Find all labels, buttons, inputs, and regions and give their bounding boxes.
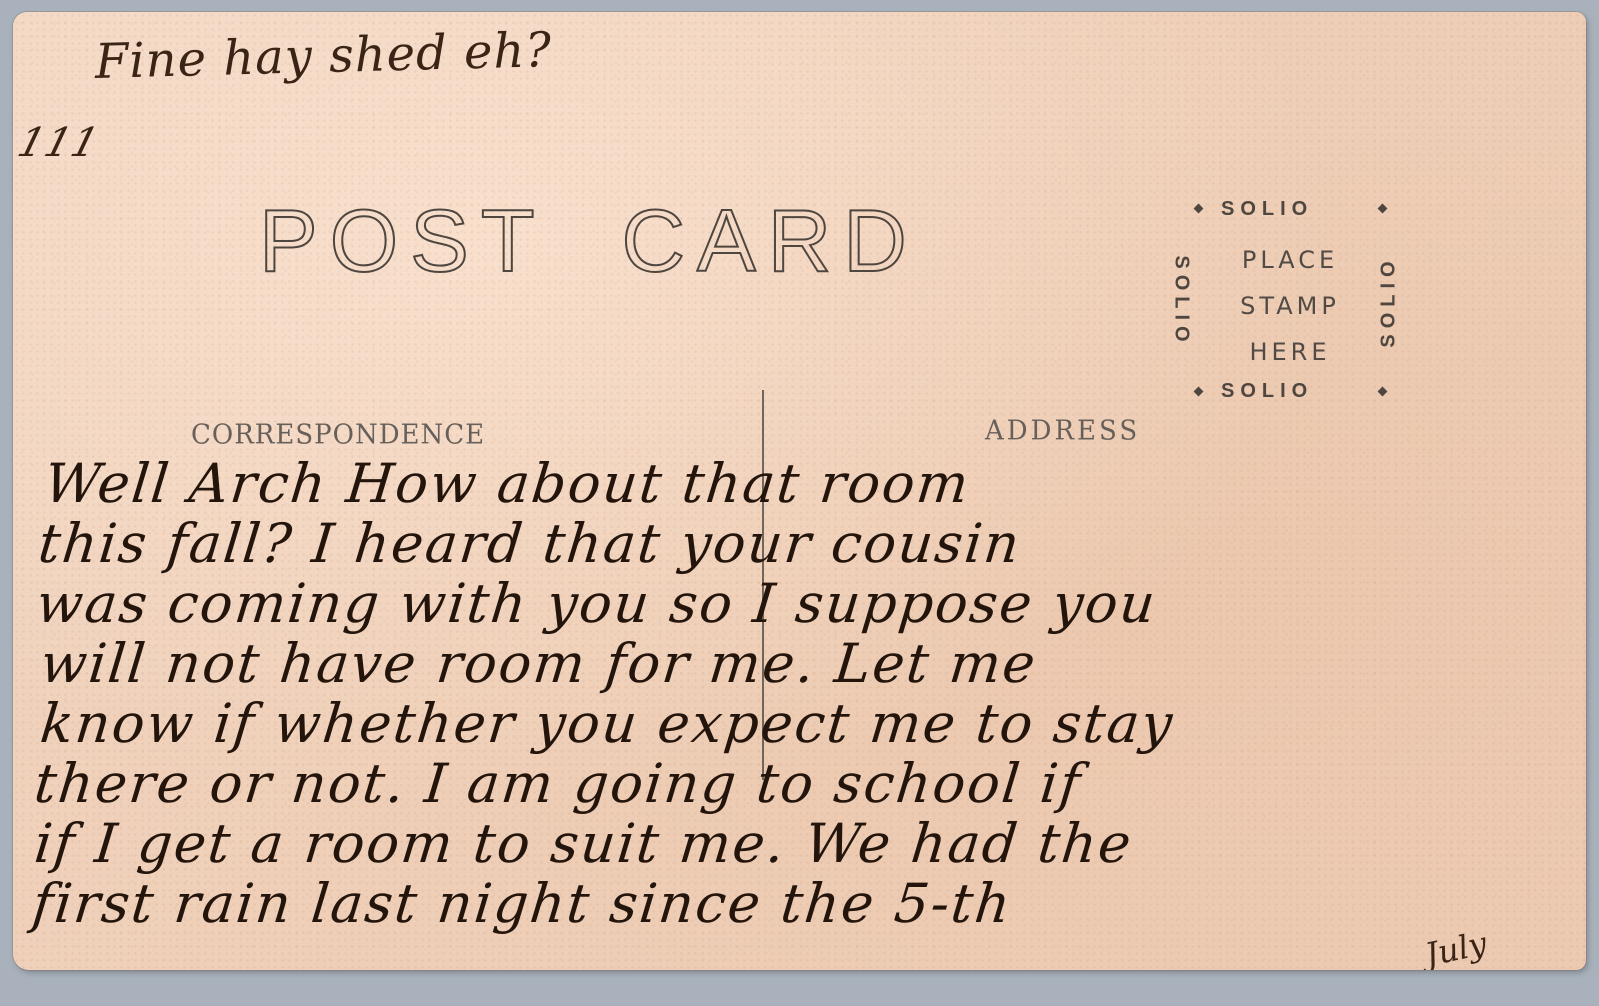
stamp-border-text-bottom: SOLIO — [1221, 380, 1313, 403]
stamp-text-here: HERE — [1175, 338, 1405, 366]
message-line: was coming with you so I suppose you — [34, 572, 1586, 632]
message-line: know if whether you expect me to stay — [38, 692, 1586, 752]
diamond-ornament-icon — [1194, 387, 1204, 397]
stamp-text-place: PLACE — [1175, 246, 1405, 274]
message-line: will not have room for me. Let me — [38, 632, 1586, 692]
message-line: first rain last night since the 5-th — [30, 872, 1586, 932]
diamond-ornament-icon — [1378, 387, 1388, 397]
handwritten-top-note: Fine hay shed eh? — [94, 22, 552, 90]
message-line: Well Arch How about that room — [42, 452, 1586, 512]
stamp-text-stamp: STAMP — [1175, 292, 1405, 320]
postcard-title: POST CARD — [259, 190, 919, 292]
diamond-ornament-icon — [1378, 204, 1388, 214]
message-line: this fall? I heard that your cousin — [36, 512, 1586, 572]
handwritten-number: 111 — [13, 120, 105, 166]
diamond-ornament-icon — [1194, 204, 1204, 214]
stamp-border-text-top: SOLIO — [1221, 198, 1313, 221]
address-label: ADDRESS — [985, 415, 1140, 447]
message-line: if I get a room to suit me. We had the — [32, 812, 1586, 872]
message-line: there or not. I am going to school if — [32, 752, 1586, 812]
postcard: Fine hay shed eh? 111 POST CARD SOLIO SO… — [13, 12, 1586, 970]
handwritten-message: Well Arch How about that room this fall?… — [27, 452, 1586, 932]
correspondence-label: CORRESPONDENCE — [191, 419, 485, 451]
stamp-box: SOLIO SOLIO SOLIO SOLIO PLACE STAMP HERE — [1175, 196, 1405, 406]
